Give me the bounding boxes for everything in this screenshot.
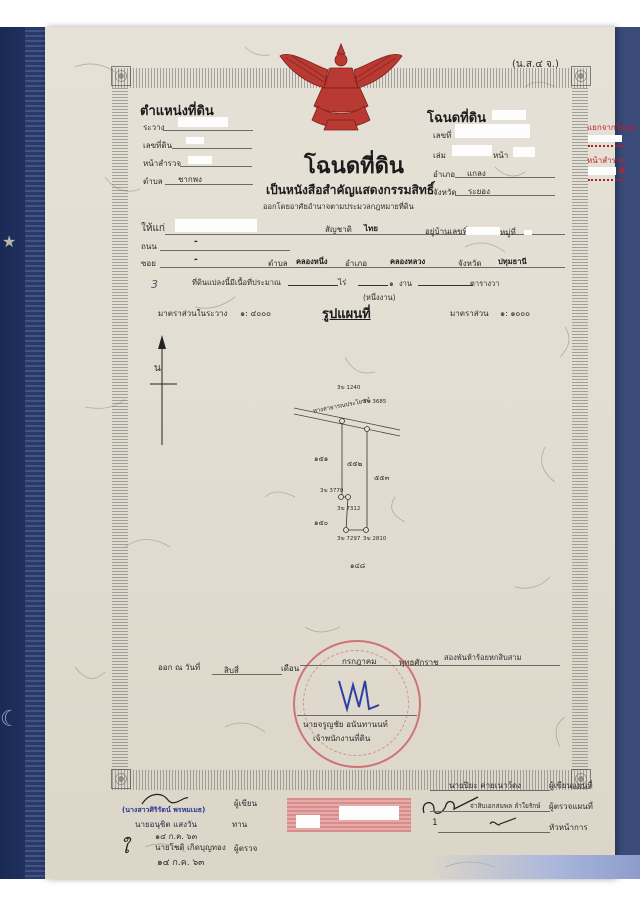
redacted-deed-heading [492,110,526,120]
north-label: น [154,361,161,376]
official-name: นายจรูญชัย อนันทานนท์ [303,718,388,731]
stamp-name: (นางสาวศิริรัตน์ พรหมเมธ) [122,805,205,816]
check-label: ผู้ตรวจ [234,842,257,855]
field-label-volume: เล่ม [433,149,446,162]
plot-map-heading: รูปแผนที่ [322,303,371,324]
redacted-parcel-no [186,137,204,144]
field-label-rawang: ระวาง [143,121,164,134]
redacted-stamp-value [296,815,320,828]
field-line [172,148,252,149]
redacted-survey-page [188,156,212,164]
field-label-page: หน้า [493,149,508,162]
neighbor-parcel: ๕๕๓ [374,473,389,484]
neighbor-parcel: ๑๔๘ [350,561,365,572]
redacted-volume [452,145,492,156]
redacted-deed-no [455,124,530,138]
rai-label: ไร่ [338,276,346,289]
document-title: โฉนดที่ดิน [304,148,404,183]
redacted-rawang [178,117,228,127]
field-label-deed-no: เลขที่ [433,129,451,142]
map-checker-label: ผู้ตรวจแผนที่ [549,800,593,813]
north-arrow-icon [145,335,185,445]
wa-line [418,285,473,286]
issued-day: สิบสี่ [224,664,239,677]
owner-to-label: ให้แก่ [141,221,165,236]
document-subtitle: เป็นหนังสือสำคัญแสดงกรรมสิทธิ์ [266,181,434,200]
official-title: เจ้าพนักงานที่ดิน [313,732,370,745]
red-dotted-line [588,179,624,181]
chief-label: หัวหน้าการ [549,821,588,834]
ngan-line [358,285,388,286]
nationality-value: ไทย [364,222,378,235]
field-line [212,674,282,675]
amphoe-label: อำเภอ [345,257,367,270]
rai-line [288,285,338,286]
road-value: - [194,237,198,247]
plot-scale-value: ๑: ๑๐๐๐ [500,307,530,320]
map-scale-label: มาตราส่วนในระวาง [158,307,227,320]
border-pattern-right [572,88,588,770]
marker-label: 3ฆ 1240 [337,385,360,391]
star-icon: ★ [2,232,16,251]
split-from-label: แยกจากโฉนด [587,121,636,134]
province-label: จังหวัด [458,257,482,270]
redacted-split-from [588,135,622,142]
checker-initial-mark: ใ [120,832,129,861]
field-line [455,177,555,178]
field-value-amphoe: แกลง [467,167,486,180]
map-scale-value: ๑: ๔๐๐๐ [240,307,271,320]
marker-label: 3ฆ 3770 [320,487,343,495]
redacted-stamp-value [339,806,399,820]
marker-label: 3ฆ 2810 [363,535,386,543]
province-value: ปทุมธานี [498,256,527,268]
field-value-province: ระยอง [468,185,490,198]
soi-label: ซอย [141,257,156,270]
corner-ornament-icon [571,66,591,86]
garuda-emblem-icon [278,40,404,135]
sleeve-edge [25,27,47,879]
field-line [180,166,252,167]
issued-year: สองพันห้าร้อยหกสิบสาม [444,652,521,664]
field-label-parcel-no: เลขที่ดิน [143,139,172,152]
margin-handwritten-mark: 3 [151,278,158,291]
sleeve-reflection [430,855,640,879]
ngan-label: งาน [399,278,412,290]
form-code: (น.ส.๔ จ.) [512,57,559,72]
nationality-label: สัญชาติ [325,223,352,236]
plot-map-diagram [280,380,420,580]
official-signature [335,675,380,715]
soi-value: - [194,255,198,265]
issued-at-label: ออก ณ วันที่ [158,661,200,674]
field-line [163,130,253,131]
drafter-label: ผู้เขียนแผนที่ [549,779,593,792]
redacted-house-no [466,227,500,235]
tambon-label: ตำบล [268,257,288,270]
neighbor-parcel: ๕๕๒ [347,459,362,470]
field-label-amphoe: อำเภอ [433,168,455,181]
checker-date: ๑๔ ก.ค. ๖๓ [157,855,204,869]
chief-mark: 1 [432,818,438,828]
field-line [297,715,417,716]
house-no-label: อยู่บ้านเลขที่ [425,225,468,238]
tambon-value: คลองหนึ่ง [296,256,328,268]
corner-ornament-icon [111,66,131,86]
map-checker-name: จ่าสิบเอกสมพล ลำใยรักษ์ [470,801,541,811]
moo-label: หมู่ที่ [500,226,516,239]
border-pattern-left [112,88,128,770]
field-label-survey-page: หน้าสำรวจ [143,157,181,170]
field-line [430,811,550,812]
redacted-page [513,147,535,157]
field-line [455,195,555,196]
field-line [165,184,253,185]
chief-signature [488,816,518,830]
survey-page-suffix: A [619,166,625,175]
neighbor-parcel: ๑๕๑ [314,454,328,465]
wa-label: ตารางวา [470,278,499,290]
field-label-province: จังหวัด [433,186,457,199]
neighbor-parcel: ๑๕๐ [314,518,328,529]
writer-label: ผู้เขียน [234,797,257,810]
checker-name: นายโชติ เกิดบุญทอง [155,841,226,854]
amphoe-value: คลองหลวง [390,256,425,268]
ngan-value: ๑ [389,278,394,290]
moon-icon: ☾ [0,707,20,732]
issued-by-text: ออกโดยอาศัยอำนาจตามประมวลกฎหมายที่ดิน [263,201,414,213]
redacted-survey-page-margin [588,167,616,175]
field-line [438,832,550,833]
redacted-moo [524,230,532,235]
extra-label: ทาน [232,818,247,831]
redacted-owner-name [175,219,257,232]
corner-ornament-icon [111,769,131,789]
field-line [160,250,290,251]
road-label: ถนน [141,240,157,253]
field-line [430,790,550,791]
red-dotted-line [588,145,624,147]
plot-scale-label: มาตราส่วน [450,307,489,320]
month-label: เดือน [281,662,299,675]
field-label-tambon: ตำบล [143,175,163,188]
marker-label: 3ฆ 7312 [337,505,360,513]
marker-label: 3ฆ 7297 [337,535,360,543]
area-label: ที่ดินแปลงนี้มีเนื้อที่ประมาณ [192,277,281,289]
